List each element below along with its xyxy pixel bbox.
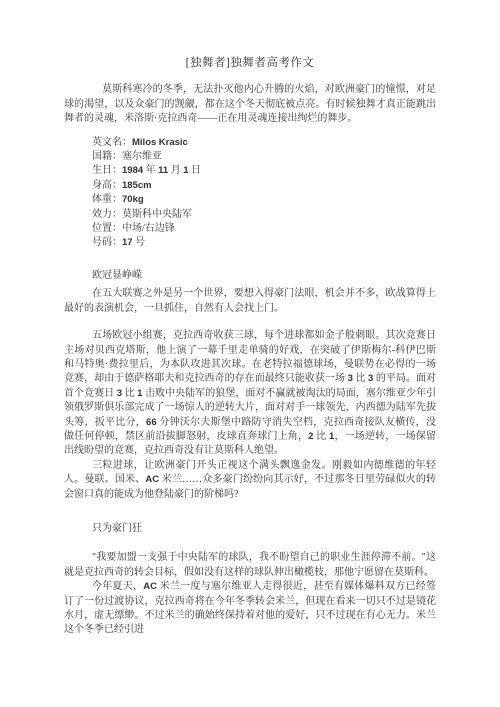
profile-value: 塞尔维亚: [122, 151, 162, 162]
section-heading-giants: 只为豪门狂: [64, 522, 436, 536]
paragraph-group-stage-goals: 五场欧冠小组赛，克拉西奇收获三球，每个进球都如金子般刺眼。其次竞赛日主场对贝西克…: [64, 329, 436, 459]
profile-label: 号码：: [92, 237, 122, 248]
paragraph-transfer-interest: 三粒进球，让欧洲豪门开头正视这个满头飘逸金发。刚毅如内德维德的年轻人。曼联、国米…: [64, 459, 436, 502]
player-profile-list: 英文名：Milos Krasic 国籍：塞尔维亚 生日：1984 年 11 月 …: [64, 136, 436, 251]
profile-value: 185cm: [122, 180, 152, 191]
profile-value: Milos Krasic: [132, 137, 188, 148]
profile-label: 英文名：: [92, 137, 132, 148]
profile-label: 国籍：: [92, 151, 122, 162]
profile-label: 体重：: [92, 194, 122, 205]
profile-row-english-name: 英文名：Milos Krasic: [64, 136, 436, 150]
profile-value: 17 号: [122, 237, 145, 248]
profile-value: 1984 年 11 月 1 日: [122, 165, 201, 176]
paragraph-euro-intro: 在五大联赛之外是另一个世界，要想入得豪门法眼，机会并不多，欧战算得上最好的表演机…: [64, 287, 436, 316]
profile-row-height: 身高：185cm: [64, 179, 436, 193]
profile-row-weight: 体重：70kg: [64, 193, 436, 207]
profile-label: 生日：: [92, 165, 122, 176]
profile-label: 位置：: [92, 223, 122, 234]
profile-label: 身高：: [92, 180, 122, 191]
profile-row-nationality: 国籍：塞尔维亚: [64, 150, 436, 164]
paragraph-ac-milan: 今年夏天，AC 米兰一度与塞尔维亚人走得很近，甚至有媒体爆料双方已经签订了一份过…: [64, 580, 436, 638]
profile-value: 70kg: [122, 194, 144, 205]
profile-row-club: 效力：莫斯科中央陆军: [64, 208, 436, 222]
section-heading-champions-league: 欧冠显峥嵘: [64, 269, 436, 283]
profile-row-position: 位置：中场/右边锋: [64, 222, 436, 236]
paragraph-transfer-goal-quote: "我要加盟一支强于中央陆军的球队，我不盼望自己的职业生涯停滞不前。"这就是克拉西…: [64, 551, 436, 580]
profile-row-birthday: 生日：1984 年 11 月 1 日: [64, 164, 436, 178]
page-title: [独舞者]独舞者高考作文: [64, 56, 436, 70]
profile-value: 中场/右边锋: [122, 223, 175, 234]
document-page: [独舞者]独舞者高考作文 莫斯科寒冷的冬季，无法扑灭他内心升腾的火焰，对欧洲豪门…: [0, 0, 500, 707]
intro-paragraph: 莫斯科寒冷的冬季，无法扑灭他内心升腾的火焰，对欧洲豪门的憧憬，对足球的渴望，以及…: [64, 83, 436, 126]
profile-label: 效力：: [92, 209, 122, 220]
profile-row-number: 号码：17 号: [64, 236, 436, 250]
profile-value: 莫斯科中央陆军: [122, 209, 192, 220]
